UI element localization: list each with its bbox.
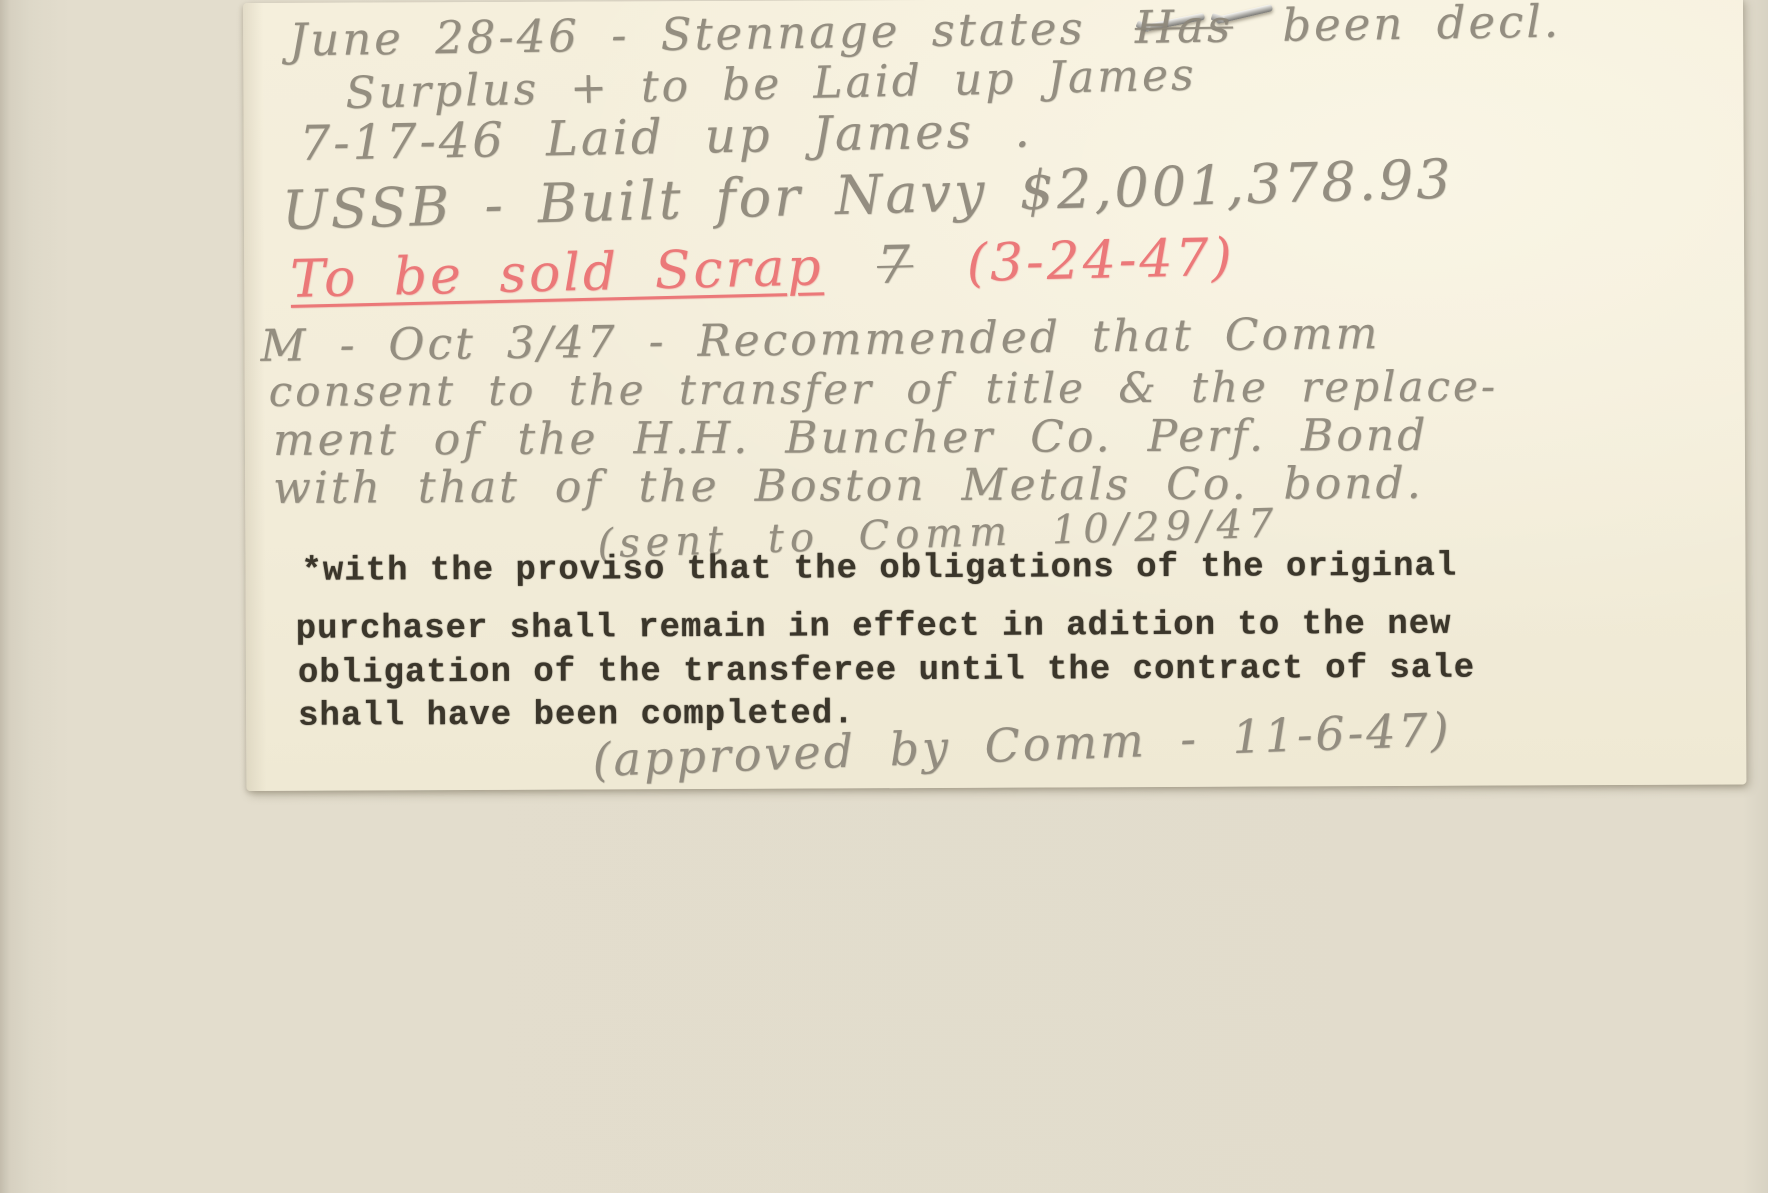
sold-scrap-red-text: To be sold Scrap [290, 241, 824, 306]
note-line-buncher-bond: ment of the H.H. Buncher Co. Perf. Bond [273, 414, 1429, 463]
note-line-sold-scrap: To be sold Scrap 7 (3-24-47) [290, 232, 1236, 306]
note-line-1: June 28-46 - Stennage states Has been de… [289, 0, 1561, 62]
note-line-recommended: M - Oct 3/47 - Recommended that Comm [260, 312, 1380, 369]
scanned-document-page: June 28-46 - Stennage states Has been de… [0, 0, 1768, 1193]
sold-scrap-red-date: (3-24-47) [966, 232, 1235, 290]
note-line-1-struck-word: Has [1134, 3, 1233, 49]
typed-proviso-line-1: *with the proviso that the obligations o… [301, 550, 1457, 589]
note-line-3: 7-17-46 Laid up James . [299, 106, 1033, 167]
index-card: June 28-46 - Stennage states Has been de… [243, 0, 1746, 791]
footnote-reference-mark: 7 [876, 239, 913, 292]
note-line-consent: consent to the transfer of title & the r… [269, 366, 1499, 413]
typed-proviso-line-2: purchaser shall remain in effect in adit… [296, 608, 1452, 647]
typed-proviso-line-3: obligation of the transferee until the c… [298, 652, 1475, 691]
note-line-1-text-end: been decl. [1282, 0, 1561, 48]
